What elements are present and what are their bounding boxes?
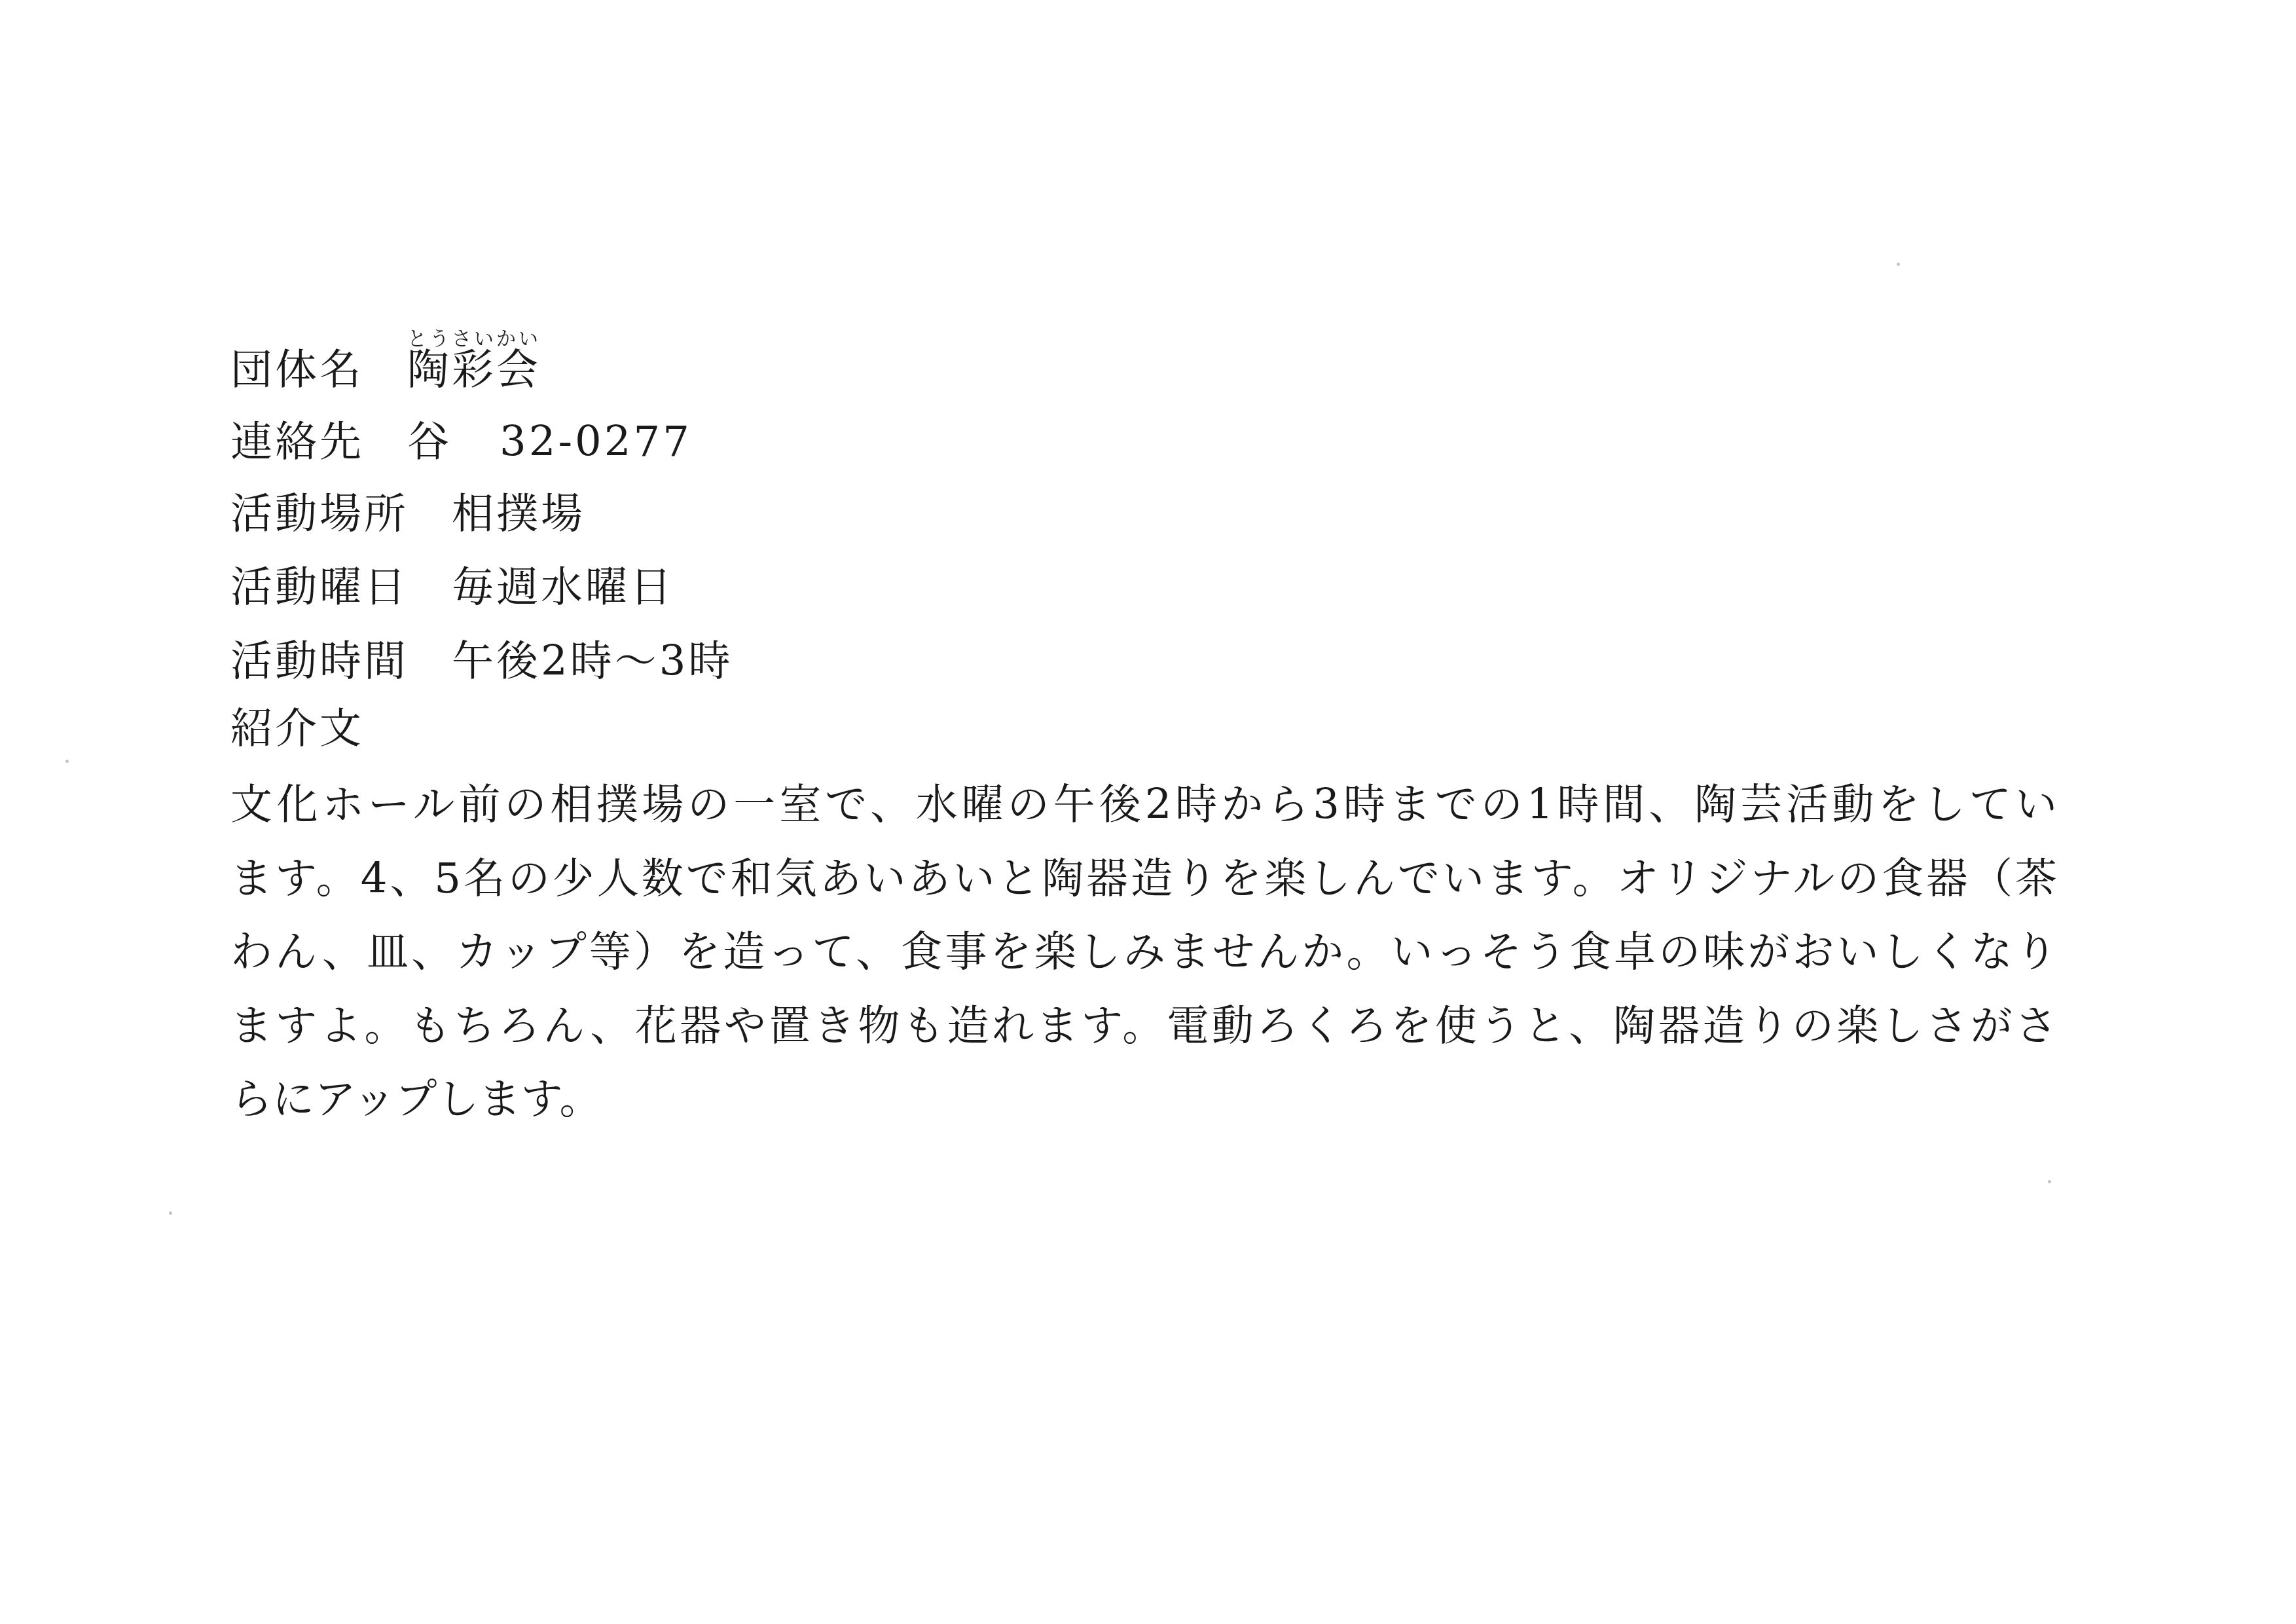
contact-name: 谷	[407, 418, 452, 466]
intro-heading: 紹介文	[230, 705, 364, 754]
time-value: 午後2時～3時	[452, 637, 733, 686]
field-label: 活動曜日	[230, 563, 409, 612]
intro-line: わん、皿、カップ等）を造って、食事を楽しみませんか。いっそう食卓の味がおいしくな…	[230, 915, 2057, 989]
scan-speck	[169, 1211, 172, 1215]
field-row-group-name: 団体名陶彩会	[230, 346, 541, 395]
scan-speck	[2048, 1180, 2051, 1183]
intro-paragraph: 文化ホール前の相撲場の一室で、水曜の午後2時から3時までの1時間、陶芸活動をして…	[230, 768, 2057, 1137]
scan-speck	[65, 760, 69, 763]
scanned-document-page: とうさいかい 団体名陶彩会 連絡先谷32-0277 活動場所相撲場 活動曜日毎週…	[0, 0, 2296, 1624]
intro-line: 文化ホール前の相撲場の一室で、水曜の午後2時から3時までの1時間、陶芸活動をして…	[230, 768, 2057, 842]
field-label: 活動場所	[230, 490, 409, 538]
group-name-value: 陶彩会	[407, 346, 541, 394]
intro-line: ます。4、5名の少人数で和気あいあいと陶器造りを楽しんでいます。オリジナルの食器…	[230, 842, 2057, 916]
field-label: 紹介文	[230, 705, 364, 753]
scan-speck	[1897, 263, 1900, 266]
field-row-contact: 連絡先谷32-0277	[230, 418, 692, 467]
contact-phone: 32-0277	[500, 418, 692, 466]
weekday-value: 毎週水曜日	[452, 563, 674, 612]
intro-line: らにアップします。	[230, 1063, 2057, 1137]
field-label: 連絡先	[230, 418, 364, 466]
intro-line: ますよ。もちろん、花器や置き物も造れます。電動ろくろを使うと、陶器造りの楽しさが…	[230, 989, 2057, 1063]
field-row-weekday: 活動曜日毎週水曜日	[230, 564, 674, 612]
field-label: 活動時間	[230, 637, 409, 686]
field-row-place: 活動場所相撲場	[230, 490, 585, 539]
field-label: 団体名	[230, 346, 364, 394]
place-value: 相撲場	[452, 490, 585, 538]
field-row-time: 活動時間午後2時～3時	[230, 638, 733, 686]
